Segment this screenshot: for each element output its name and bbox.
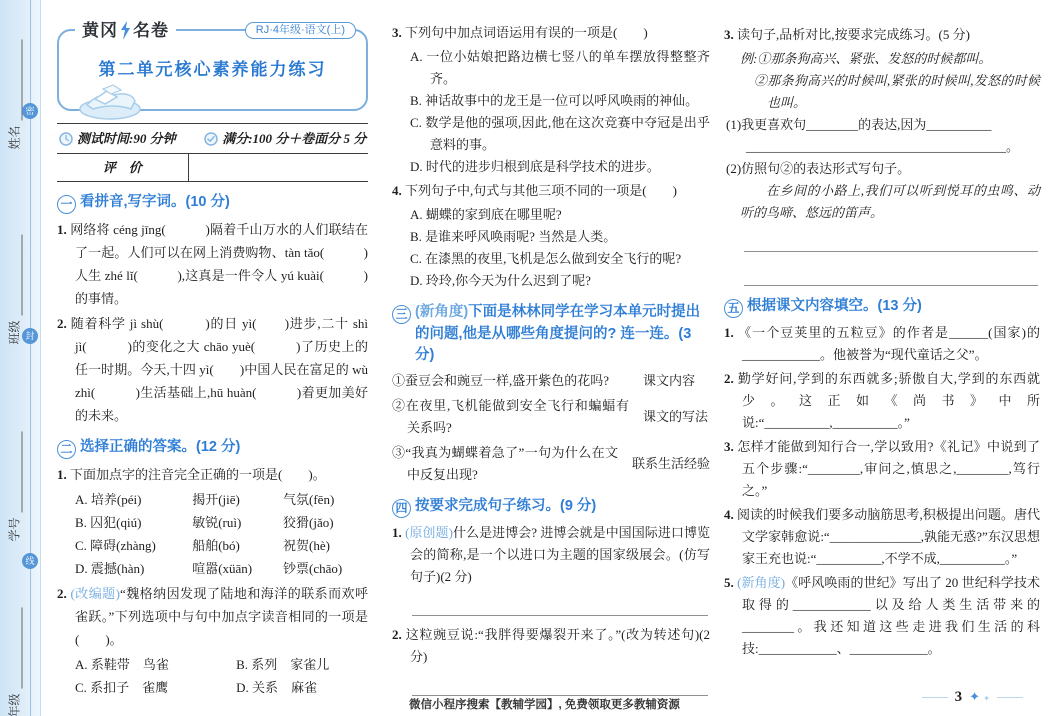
question-tag: (原创题) <box>405 525 453 540</box>
edition-pill: RJ·4年级·语文(上) <box>245 22 356 39</box>
section-heading-5: 五根据课文内容填空。(13 分) <box>724 296 1040 318</box>
option: B. 是谁来呼风唤雨呢? 当然是人类。 <box>410 226 710 248</box>
answer-line <box>744 226 1038 252</box>
check-icon <box>204 132 218 146</box>
question-number: 2. <box>57 586 67 601</box>
question-item: 1. 下面加点字的注音完全正确的一项是( )。 <box>57 463 368 486</box>
option-cell: 揭开(jiē) <box>192 488 283 511</box>
match-answer: 课文的写法 <box>643 406 708 428</box>
section-title: 按要求完成句子练习。(9 分) <box>415 498 596 514</box>
time-cell: 测试时间:90 分钟 <box>59 127 204 150</box>
option-cell: 敏锐(ruì) <box>192 511 283 534</box>
question-text: 这粒豌豆说:“我胖得要爆裂开来了。”(改为转述句)(2 分) <box>406 627 710 664</box>
match-answer: 课文内容 <box>643 370 695 392</box>
books-art <box>73 81 147 121</box>
option-cell: A. 培养(péi) <box>75 488 192 511</box>
question-item: 2. (改编题)“魏格纳因发现了陆地和海洋的联系而欢呼雀跃。”下列选项中与句中加… <box>57 582 368 651</box>
option: C. 在漆黑的夜里,飞机是怎么做到安全飞行的呢? <box>410 248 710 270</box>
option-grid: A. 系鞋带 鸟雀B. 系列 家雀儿 C. 系扣子 雀鹰D. 关系 麻雀 <box>75 653 368 699</box>
evaluation-blank <box>189 154 368 181</box>
section-title: 选择正确的答案。(12 分) <box>80 439 240 455</box>
question-text: 下面加点字的注音完全正确的一项是( )。 <box>70 467 326 482</box>
column-right: 3. 读句子,品析对比,按要求完成练习。(5 分) 例:①那条狗高兴、紧张、发怒… <box>724 22 1040 662</box>
brand-text-left: 黄冈 <box>82 19 118 42</box>
evaluation-label: 评 价 <box>57 154 189 181</box>
question-text: 阅读的时候我们要多动脑筋思考,积极提出问题。唐代文学家韩愈说:“________… <box>737 507 1040 566</box>
question-number: 2. <box>392 627 402 642</box>
question-number: 3. <box>724 439 734 454</box>
question-number: 2. <box>57 316 67 331</box>
option-cell: A. 系鞋带 鸟雀 <box>75 653 236 676</box>
question-number: 3. <box>392 25 402 40</box>
question-item: 2. 这粒豌豆说:“我胖得要爆裂开来了。”(改为转述句)(2 分) <box>392 624 710 668</box>
match-question: ③“我真为蝴蝶着急了”一句为什么在文中反复出现? <box>392 442 618 486</box>
brand-text-right: 名卷 <box>133 19 169 42</box>
section-heading-2: 二选择正确的答案。(12 分) <box>57 437 368 459</box>
section-tag: (新角度) <box>415 304 468 320</box>
question-text: 《一个豆荚里的五粒豆》的作者是______(国家)的____________。他… <box>738 325 1040 362</box>
info-row-top: 测试时间:90 分钟 满分:100 分＋卷面分 5 分 <box>57 124 368 154</box>
question-number: 1. <box>724 325 734 340</box>
pen-bolt-icon <box>120 21 131 40</box>
seal-badge-feng: 封 <box>22 328 38 344</box>
match-question: ②在夜里,飞机能做到安全飞行和蝙蝠有关系吗? <box>392 395 629 439</box>
write-line <box>9 432 23 513</box>
question-number: 2. <box>724 371 734 386</box>
section-heading-3: 三(新角度)下面是林林同学在学习本单元时提出的问题,他是从哪些角度提问的? 连一… <box>392 302 710 366</box>
option-cell: D. 震撼(hàn) <box>75 557 192 580</box>
question-text: 《呼风唤雨的世纪》写出了 20 世纪科学技术取得的____________以及给… <box>742 575 1040 656</box>
option: D. 时代的进步归根到底是科学技术的进步。 <box>410 156 710 178</box>
question-number: 4. <box>392 183 402 198</box>
example-sentence: 在乡间的小路上,我们可以听到悦耳的虫鸣、动听的鸟啼、悠远的笛声。 <box>740 180 1040 224</box>
seal-badge-xian: 线 <box>22 553 38 569</box>
page-number-line <box>922 697 948 698</box>
write-line <box>9 608 23 689</box>
question-text: 勤学好问,学到的东西就多;骄傲自大,学到的东西就少。这正如《尚书》中所说:“__… <box>738 371 1040 430</box>
option-cell: 船舶(bó) <box>192 534 283 557</box>
question-text: 下列句子中,句式与其他三项不同的一项是( ) <box>405 183 677 198</box>
sidebar-field-name: 姓名 <box>6 40 23 150</box>
question-tag: (改编题) <box>70 586 120 601</box>
time-label: 测试时间:90 分钟 <box>77 127 176 150</box>
section-heading-1: 一看拼音,写字词。(10 分) <box>57 192 368 214</box>
option-row: B. 囚犯(qiú)敏锐(ruì)狡猾(jǎo) <box>75 511 368 534</box>
column-left: 黄冈 名卷 RJ·4年级·语文(上) 第二单元核心素养能力练习 <box>57 16 368 699</box>
option: B. 神话故事中的龙王是一位可以呼风唤雨的神仙。 <box>410 90 710 112</box>
question-item: 3. 下列句中加点词语运用有误的一项是( ) <box>392 22 710 44</box>
write-line <box>9 235 23 316</box>
write-line <box>9 40 23 121</box>
sidebar-field-number: 学号 <box>6 432 23 542</box>
question-item: 1. (原创题)什么是进博会? 进博会就是中国国际进口博览会的简称,是一个以进口… <box>392 522 710 588</box>
question-item: 3. 读句子,品析对比,按要求完成练习。(5 分) <box>724 24 1040 46</box>
exam-page: 姓名 班级 学号 年级 密 封 线 黄冈 名卷 RJ·4年级·语文(上) 第二单… <box>0 0 1049 716</box>
section-number: 二 <box>57 440 76 459</box>
question-text: 网络将 céng jīng( )隔着千山万水的人们联结在了一起。人们可以在网上消… <box>70 222 368 306</box>
section-number: 五 <box>724 299 743 318</box>
question-text: 随着科学 jì shù( )的日 yì( )进步,二十 shì jì( )的变化… <box>71 316 368 423</box>
question-item: 4. 下列句子中,句式与其他三项不同的一项是( ) <box>392 180 710 202</box>
score-cell: 满分:100 分＋卷面分 5 分 <box>204 127 366 150</box>
option-row: C. 障碍(zhàng)船舶(bó)祝贺(hè) <box>75 534 368 557</box>
answer-line <box>412 670 708 696</box>
info-row-eval: 评 价 <box>57 154 368 181</box>
sparkle-icon: ✦ ✦ <box>969 692 990 704</box>
option-cell: C. 障碍(zhàng) <box>75 534 192 557</box>
question-item: 2. 随着科学 jì shù( )的日 yì( )进步,二十 shì jì( )… <box>57 312 368 427</box>
question-item: 4. 阅读的时候我们要多动脑筋思考,积极提出问题。唐代文学家韩愈说:“_____… <box>724 504 1040 570</box>
section-heading-4: 四按要求完成句子练习。(9 分) <box>392 496 710 518</box>
match-pair: ③“我真为蝴蝶着急了”一句为什么在文中反复出现? 联系生活经验 <box>392 442 710 486</box>
sub-question: (1)我更喜欢句________的表达,因为__________ <box>726 114 1040 136</box>
exam-title: 第二单元核心素养能力练习 <box>59 58 366 81</box>
page-number: 3 <box>955 689 963 706</box>
question-item: 3. 怎样才能做到知行合一,学以致用?《礼记》中说到了五个步骤:“_______… <box>724 436 1040 502</box>
field-label: 班级 <box>6 320 23 344</box>
question-tag: (新角度) <box>737 575 785 590</box>
option: A. 一位小姑娘把路边横七竖八的单车摆放得整整齐齐。 <box>410 46 710 90</box>
answer-line <box>744 260 1038 286</box>
answer-line <box>412 590 708 616</box>
sub-question: (2)仿照句②的表达形式写句子。 <box>726 158 1040 180</box>
question-item: 2. 勤学好问,学到的东西就多;骄傲自大,学到的东西就少。这正如《尚书》中所说:… <box>724 368 1040 434</box>
sidebar-field-class: 班级 <box>6 235 23 345</box>
field-label: 姓名 <box>6 125 23 149</box>
option-cell: 祝贺(hè) <box>283 534 368 557</box>
option-cell: 喧嚣(xüān) <box>192 557 283 580</box>
question-number: 1. <box>57 222 67 237</box>
brand-logo: 黄冈 名卷 <box>75 19 176 42</box>
match-pair: ②在夜里,飞机能做到安全飞行和蝙蝠有关系吗? 课文的写法 <box>392 395 710 439</box>
section-number: 三 <box>392 305 411 324</box>
option-cell: 气氛(fēn) <box>283 488 368 511</box>
question-item: 5. (新角度)《呼风唤雨的世纪》写出了 20 世纪科学技术取得的_______… <box>724 572 1040 660</box>
option-cell: B. 囚犯(qiú) <box>75 511 192 534</box>
question-number: 3. <box>724 27 734 42</box>
question-text: 怎样才能做到知行合一,学以致用?《礼记》中说到了五个步骤:“________,审… <box>737 439 1040 498</box>
field-label: 学号 <box>6 517 23 541</box>
question-number: 1. <box>392 525 402 540</box>
question-number: 1. <box>57 467 67 482</box>
clock-icon <box>59 132 73 146</box>
example-sentence: 例:①那条狗高兴、紧张、发怒的时候都叫。 <box>740 48 1040 70</box>
question-item: 1. 网络将 céng jīng( )隔着千山万水的人们联结在了一起。人们可以在… <box>57 218 368 310</box>
example-sentence: ②那条狗高兴的时候叫,紧张的时候叫,发怒的时候也叫。 <box>754 70 1040 114</box>
score-label: 满分:100 分＋卷面分 5 分 <box>222 127 366 150</box>
section-title: 根据课文内容填空。(13 分) <box>747 298 922 314</box>
option: C. 数学是他的强项,因此,他在这次竞赛中夺冠是出乎意料的事。 <box>410 112 710 156</box>
seal-badge-mi: 密 <box>22 103 38 119</box>
question-text: 什么是进博会? 进博会就是中国国际进口博览会的简称,是一个以进口为主题的国家级展… <box>410 525 710 584</box>
question-text: 下列句中加点词语运用有误的一项是( ) <box>405 25 648 40</box>
info-table: 测试时间:90 分钟 满分:100 分＋卷面分 5 分 评 价 <box>57 123 368 182</box>
option-cell: 钞票(chāo) <box>283 557 368 580</box>
option: D. 玲玲,你今天为什么迟到了呢? <box>410 270 710 292</box>
section-title: 看拼音,写字词。(10 分) <box>80 194 230 210</box>
header-box: 黄冈 名卷 RJ·4年级·语文(上) 第二单元核心素养能力练习 <box>57 29 368 111</box>
option-cell: B. 系列 家雀儿 <box>236 653 368 676</box>
match-pair: ①蚕豆会和豌豆一样,盛开紫色的花吗? 课文内容 <box>392 370 710 392</box>
option-row: A. 培养(péi)揭开(jiē)气氛(fēn) <box>75 488 368 511</box>
column-middle: 3. 下列句中加点词语运用有误的一项是( ) A. 一位小姑娘把路边横七竖八的单… <box>392 20 710 704</box>
seal-sidebar: 姓名 班级 学号 年级 密 封 线 <box>0 0 41 716</box>
match-question: ①蚕豆会和豌豆一样,盛开紫色的花吗? <box>392 370 629 392</box>
field-label: 年级 <box>6 693 23 716</box>
footer-note: 微信小程序搜索【教辅学园】, 免费领取更多教辅资源 <box>40 696 1049 712</box>
question-number: 5. <box>724 575 734 590</box>
question-item: 1. 《一个豆荚里的五粒豆》的作者是______(国家)的___________… <box>724 322 1040 366</box>
sidebar-field-grade: 年级 <box>6 608 23 716</box>
sub-question-blank: ________________________________________… <box>746 136 1040 158</box>
option: A. 蝴蝶的家到底在哪里呢? <box>410 204 710 226</box>
question-text: 读句子,品析对比,按要求完成练习。(5 分) <box>737 27 970 42</box>
page-number-block: 3 ✦ ✦ <box>922 689 1023 706</box>
option-row: D. 震撼(hàn)喧嚣(xüān)钞票(chāo) <box>75 557 368 580</box>
page-number-line <box>997 697 1023 698</box>
option-cell: 狡猾(jǎo) <box>283 511 368 534</box>
question-number: 4. <box>724 507 734 522</box>
match-answer: 联系生活经验 <box>632 453 710 475</box>
section-number: 四 <box>392 499 411 518</box>
section-number: 一 <box>57 195 76 214</box>
